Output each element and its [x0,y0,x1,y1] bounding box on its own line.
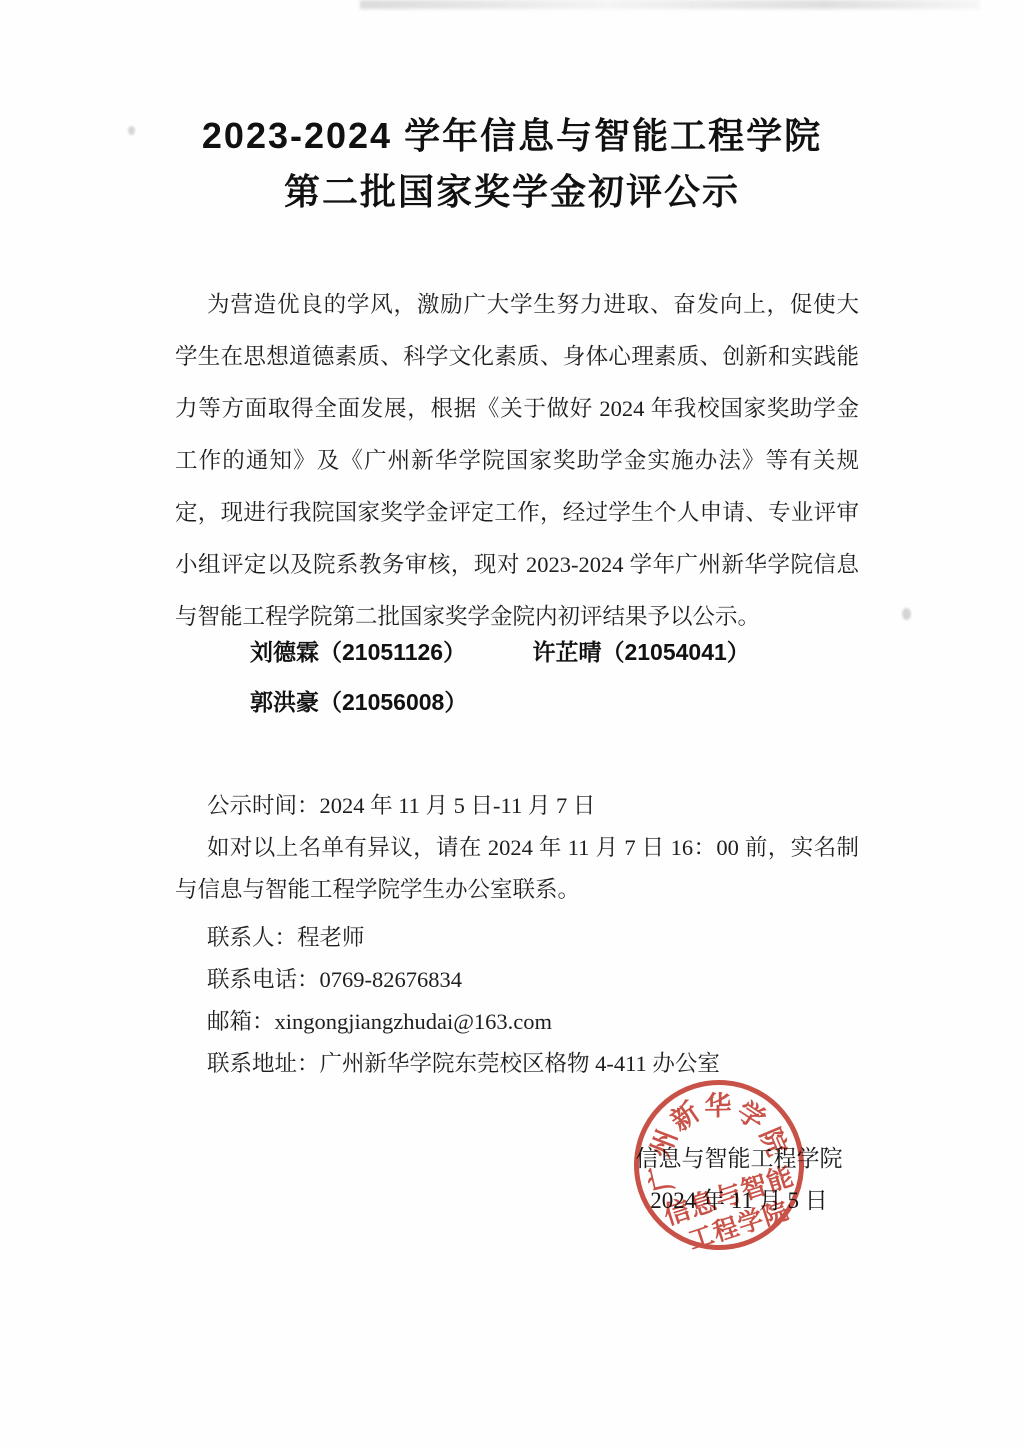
notice-block: 公示时间：2024 年 11 月 5 日-11 月 7 日 如对以上名单有异议，… [175,785,859,1085]
document-title-line1: 2023-2024 学年信息与智能工程学院 [0,108,1024,159]
contact-phone: 联系电话：0769-82676834 [175,959,859,1001]
intro-paragraph: 为营造优良的学风，激励广大学生努力进取、奋发向上，促使大学生在思想道德素质、科学… [175,279,859,643]
candidate-list: 刘德霖（21051126） 许芷晴（21054041） 郭洪豪（21056008… [250,627,750,727]
document-page: 2023-2024 学年信息与智能工程学院 第二批国家奖学金初评公示 为营造优良… [0,0,1024,1448]
scan-artifact [360,0,980,9]
scan-artifact [902,608,911,620]
candidate-row: 郭洪豪（21056008） [250,677,750,727]
candidate-item: 郭洪豪（21056008） [250,677,467,727]
contact-email: 邮箱：xingongjiangzhudai@163.com [175,1001,859,1043]
objection-note: 如对以上名单有异议，请在 2024 年 11 月 7 日 16：00 前，实名制… [175,827,859,911]
contact-person: 联系人：程老师 [175,917,859,959]
official-stamp: 广州新华学院 信息与智能 工程学院 [612,1058,826,1272]
notice-period: 公示时间：2024 年 11 月 5 日-11 月 7 日 [175,785,859,827]
candidate-item: 许芷晴（21054041） [532,627,749,677]
document-title-line2: 第二批国家奖学金初评公示 [0,164,1024,215]
candidate-item: 刘德霖（21051126） [250,627,466,677]
candidate-row: 刘德霖（21051126） 许芷晴（21054041） [250,627,750,677]
